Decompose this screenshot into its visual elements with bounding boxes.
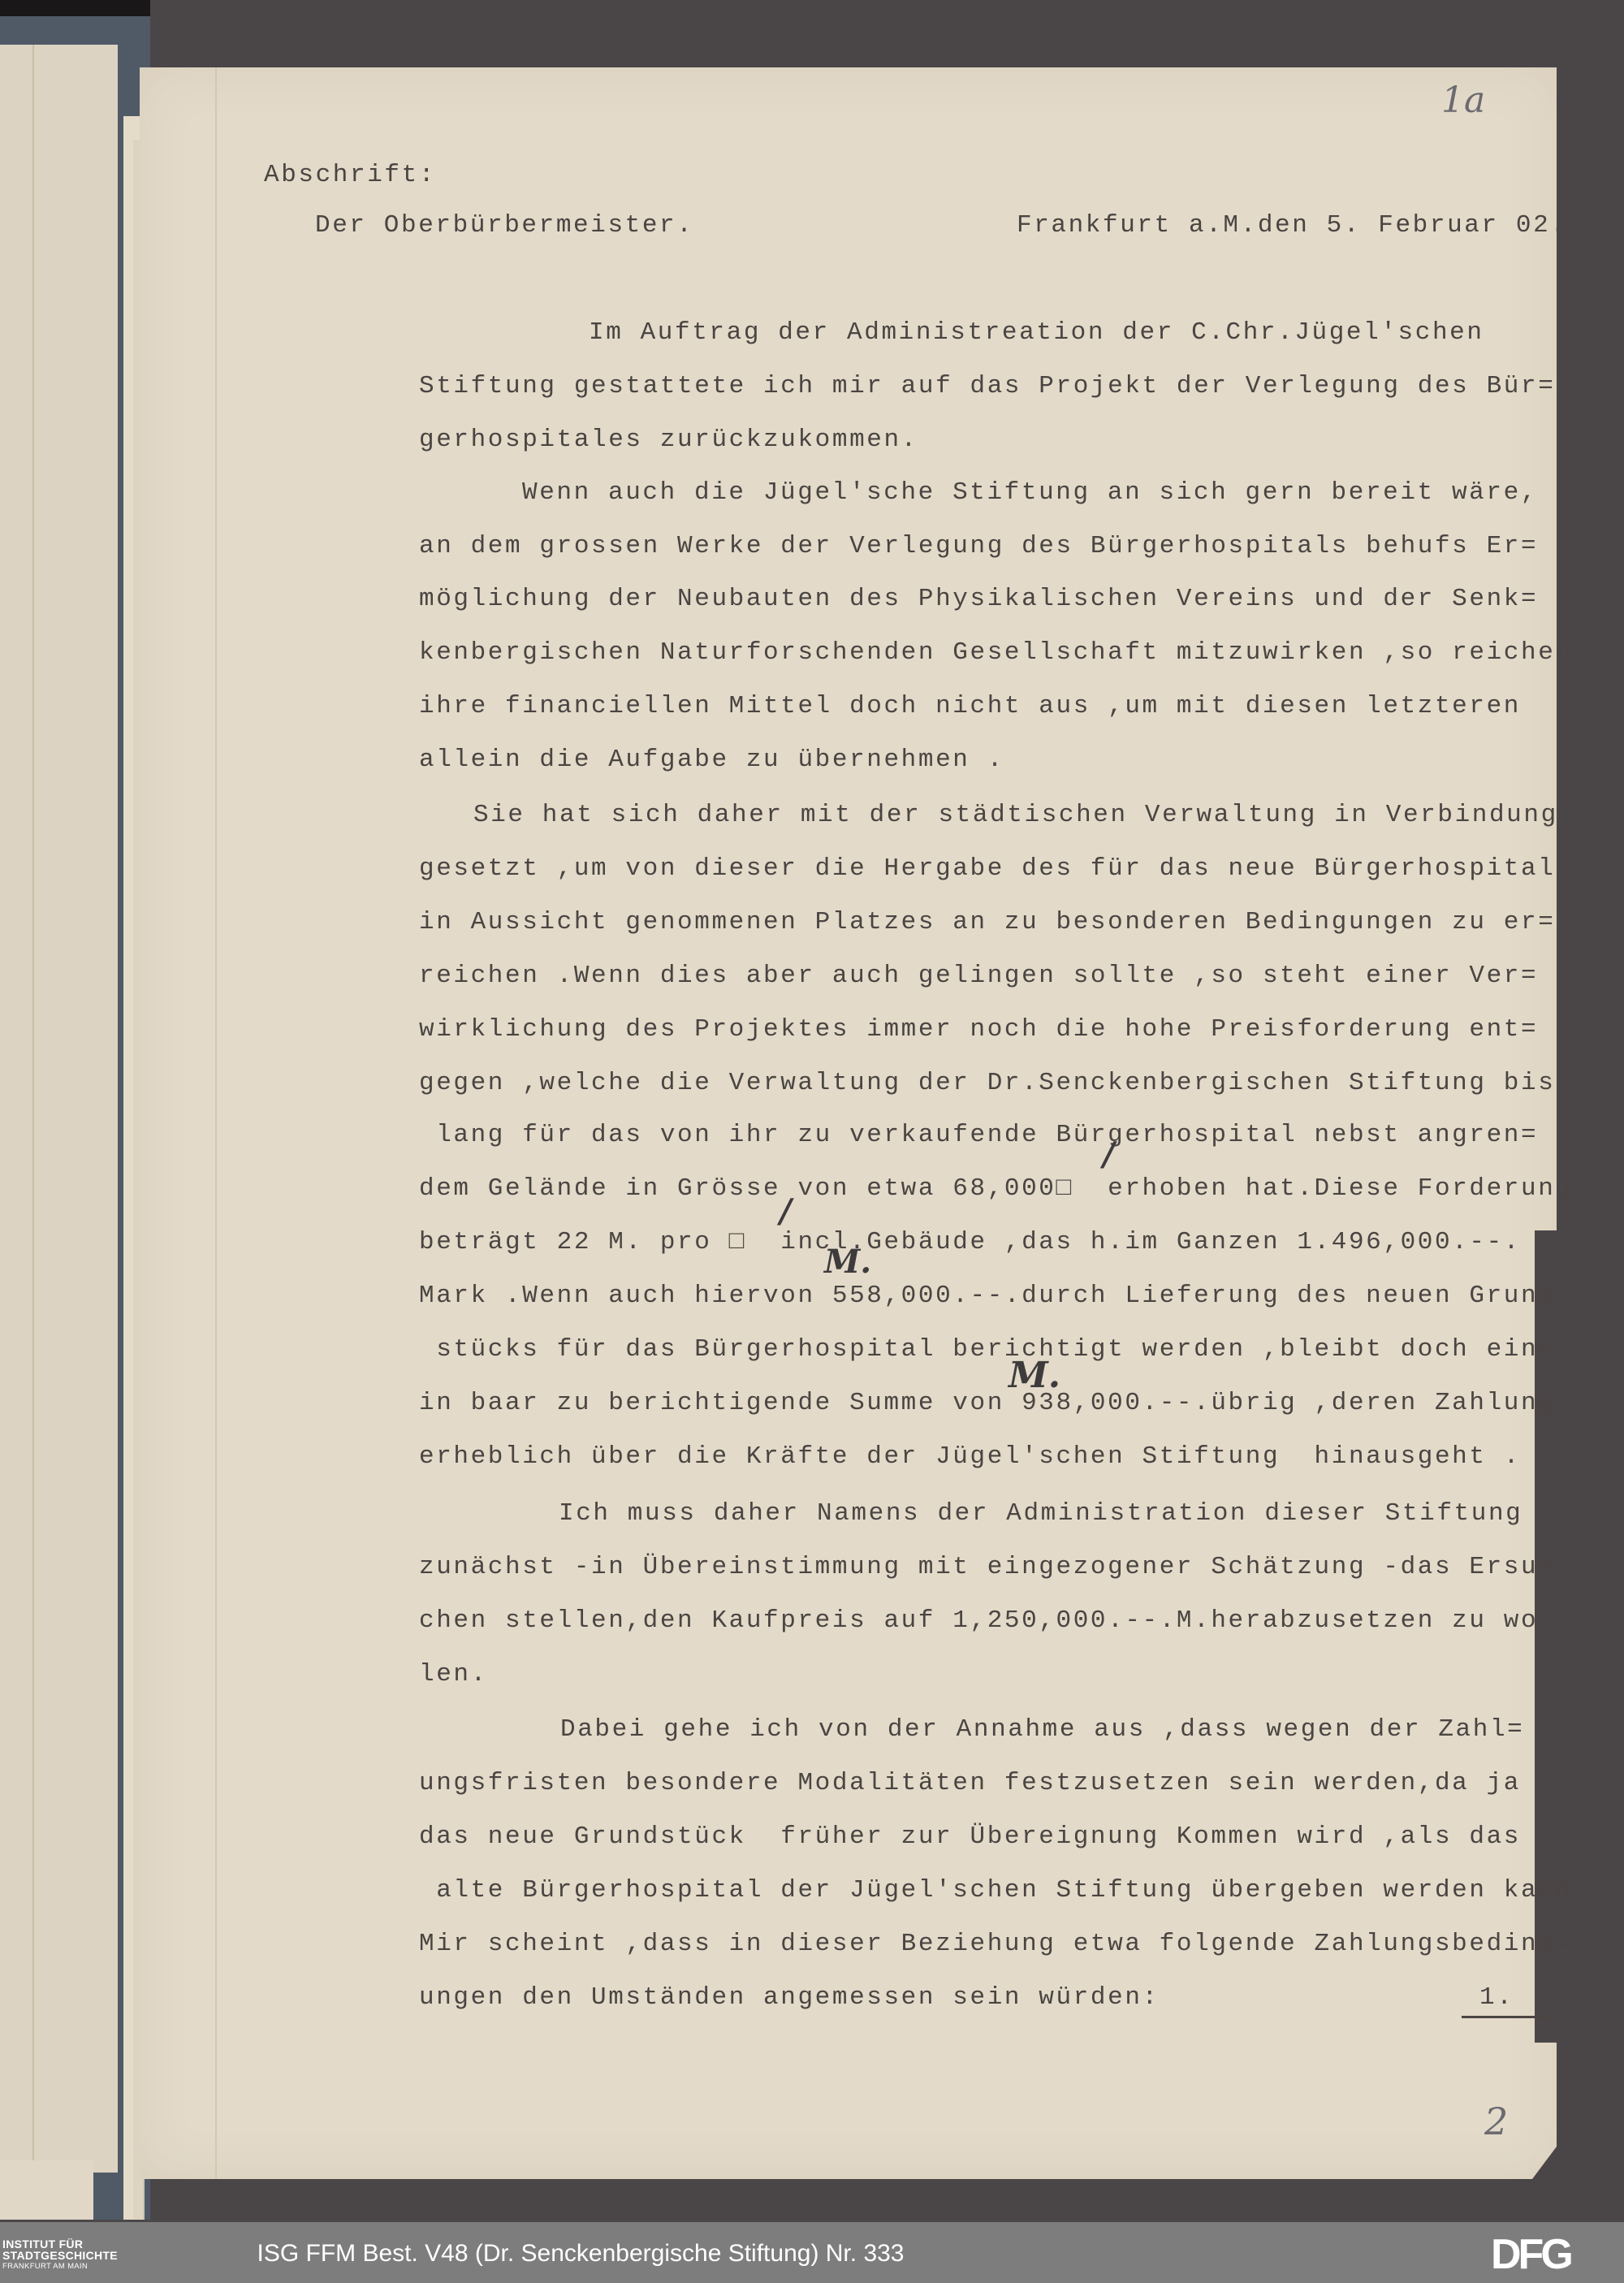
body-line: Mark .Wenn auch hiervon 558,000.--.durch…	[419, 1282, 1555, 1310]
body-line: ungen den Umständen angemessen sein würd…	[419, 1983, 1160, 2012]
body-line: in baar zu berichtigende Summe von 938,0…	[419, 1389, 1555, 1417]
body-line: lang für das von ihr zu verkaufende Bürg…	[419, 1121, 1538, 1149]
catchword-underline	[1462, 2016, 1551, 2018]
body-line: das neue Grundstück früher zur Übereignu…	[419, 1823, 1521, 1851]
body-line: Wenn auch die Jügel'sche Stiftung an sic…	[522, 478, 1538, 507]
body-line: ungsfristen besondere Modalitäten festzu…	[419, 1769, 1521, 1797]
body-line: gegen ,welche die Verwaltung der Dr.Senc…	[419, 1069, 1573, 1097]
page-fold-line	[32, 45, 34, 2173]
body-line: wirklichung des Projektes immer noch die…	[419, 1015, 1538, 1044]
scan-edge	[0, 0, 150, 16]
handwritten-mark-mark: M.	[824, 1243, 871, 1281]
body-line: kenbergischen Naturforschenden Gesellsch…	[419, 638, 1573, 667]
body-line: alte Bürgerhospital der Jügel'schen Stif…	[419, 1876, 1573, 1905]
body-line: Sie hat sich daher mit der städtischen V…	[473, 801, 1558, 829]
body-line: in Aussicht genommenen Platzes an zu bes…	[419, 908, 1555, 936]
body-line: Stiftung gestattete ich mir auf das Proj…	[419, 372, 1555, 400]
body-line: gesetzt ,um von dieser die Hergabe des f…	[419, 854, 1555, 883]
body-line: zunächst -in Übereinstimmung mit eingezo…	[419, 1553, 1555, 1581]
body-line: dem Gelände in Grösse von etwa 68,000□ e…	[419, 1174, 1573, 1203]
body-line: Ich muss daher Namens der Administration…	[559, 1499, 1522, 1528]
handwritten-prime-mark: /	[1103, 1135, 1115, 1174]
body-line: möglichung der Neubauten des Physikalisc…	[419, 585, 1538, 613]
body-line: Mir scheint ,dass in dieser Beziehung et…	[419, 1930, 1573, 1958]
archive-footer: INSTITUT FÜR STADTGESCHICHTE FRANKFURT A…	[0, 2222, 1624, 2283]
body-line: erheblich über die Kräfte der Jügel'sche…	[419, 1442, 1521, 1471]
body-line: chen stellen,den Kaufpreis auf 1,250,000…	[419, 1606, 1573, 1635]
sender-line: Der Oberbürbermeister.	[315, 211, 693, 240]
dfg-logo: DFG	[1491, 2233, 1570, 2276]
handwritten-prime-mark: /	[780, 1192, 792, 1230]
body-line: len.	[419, 1660, 488, 1688]
adjacent-page-corner	[0, 2160, 93, 2220]
body-line: gerhospitales zurückzukommen.	[419, 426, 918, 454]
body-line: ihre financiellen Mittel doch nicht aus …	[419, 692, 1521, 720]
document-heading: Abschrift:	[264, 161, 436, 189]
body-line: reichen .Wenn dies aber auch gelingen so…	[419, 962, 1538, 990]
archive-reference-title: ISG FFM Best. V48 (Dr. Senckenbergische …	[0, 2240, 1161, 2268]
page-fold-line	[215, 67, 217, 2179]
body-line: Dabei gehe ich von der Annahme aus ,dass…	[560, 1715, 1524, 1744]
body-line: beträgt 22 M. pro □ incl.Gebäude ,das h.…	[419, 1228, 1521, 1256]
place-date-line: Frankfurt a.M.den 5. Februar 02.	[1017, 211, 1568, 240]
handwritten-mark-mark: M.	[1009, 1355, 1060, 1396]
adjacent-page	[0, 45, 118, 2173]
body-line: an dem grossen Werke der Verlegung des B…	[419, 532, 1538, 560]
folio-number-top: 1a	[1441, 80, 1485, 121]
body-line: stücks für das Bürgerhospital berichtigt…	[419, 1335, 1555, 1364]
folio-number-bottom: 2	[1484, 2099, 1508, 2143]
body-line: allein die Aufgabe zu übernehmen .	[419, 746, 1004, 774]
page-corner	[1532, 2147, 1557, 2179]
body-line: Im Auftrag der Administreation der C.Chr…	[589, 318, 1484, 347]
catchword: 1.	[1479, 1983, 1514, 2012]
